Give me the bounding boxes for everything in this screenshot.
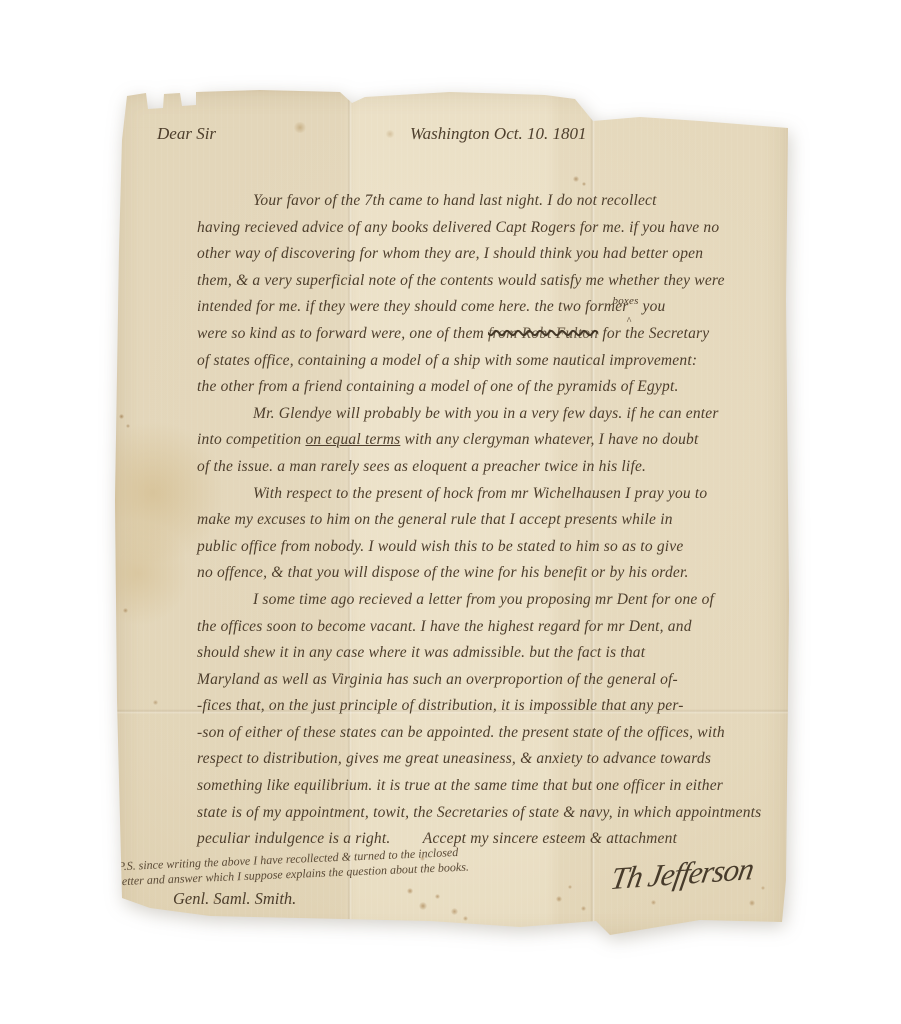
addressee: Genl. Saml. Smith. bbox=[173, 889, 296, 909]
letter-line: other way of discovering for whom they a… bbox=[197, 241, 789, 268]
letter-dateline: Washington Oct. 10. 1801 bbox=[410, 124, 586, 144]
stain-spot bbox=[749, 900, 755, 906]
stain-spot bbox=[435, 894, 440, 899]
line-segment: into competition bbox=[197, 431, 305, 448]
letter-line: the other from a friend containing a mod… bbox=[197, 374, 789, 401]
stain-spot bbox=[761, 886, 765, 890]
letter-body: Your favor of the 7th came to hand last … bbox=[197, 188, 789, 853]
stain-spot bbox=[385, 130, 395, 138]
stain-spot bbox=[573, 176, 579, 182]
stain-spot bbox=[568, 885, 572, 889]
inserted-word: boxes bbox=[613, 296, 639, 307]
letter-line: were so kind as to forward were, one of … bbox=[197, 321, 789, 348]
letter-line: Mr. Glendye will probably be with you in… bbox=[197, 401, 789, 428]
letter-line: make my excuses to him on the general ru… bbox=[197, 507, 789, 534]
letter-line: Your favor of the 7th came to hand last … bbox=[197, 188, 789, 215]
letter-line: intended for me. if they were they shoul… bbox=[197, 294, 789, 321]
letter-line: Maryland as well as Virginia has such an… bbox=[197, 667, 789, 694]
letter-line: public office from nobody. I would wish … bbox=[197, 534, 789, 561]
letter-line: them, & a very superficial note of the c… bbox=[197, 268, 789, 295]
letter-line: of states office, containing a model of … bbox=[197, 348, 789, 375]
stain-spot bbox=[556, 896, 562, 902]
scanned-letter-page: Dear Sir Washington Oct. 10. 1801 Your f… bbox=[0, 0, 901, 1024]
letter-sheet-wrapper: Dear Sir Washington Oct. 10. 1801 Your f… bbox=[113, 88, 791, 940]
letter-line: -fices that, on the just principle of di… bbox=[197, 693, 789, 720]
caret-icon: ^ bbox=[627, 317, 631, 327]
letter-line: -son of either of these states can be ap… bbox=[197, 720, 789, 747]
stain-spot bbox=[419, 902, 427, 910]
stain-spot bbox=[581, 906, 586, 911]
line-segment: were so kind as to forward were, one of … bbox=[197, 325, 488, 342]
line-segment: intended for me. if they were they shoul… bbox=[197, 298, 629, 315]
letter-line: should shew it in any case where it was … bbox=[197, 640, 789, 667]
stain-spot bbox=[119, 414, 124, 419]
stain-spot bbox=[153, 700, 158, 705]
line-segment: you bbox=[643, 298, 666, 315]
letter-line: I some time ago recieved a letter from y… bbox=[197, 587, 789, 614]
stain-spot bbox=[407, 888, 413, 894]
struck-through-text: from Robt Fulton bbox=[488, 325, 598, 342]
stain-spot bbox=[126, 424, 130, 428]
letter-line: the offices soon to become vacant. I hav… bbox=[197, 614, 789, 641]
underlined-text: on equal terms bbox=[305, 431, 400, 448]
letter-line: having recieved advice of any books deli… bbox=[197, 215, 789, 242]
jefferson-signature: Th Jefferson bbox=[608, 851, 756, 897]
letter-line: something like equilibrium. it is true a… bbox=[197, 773, 789, 800]
line-segment: with any clergyman whatever, I have no d… bbox=[400, 431, 698, 448]
letter-salutation: Dear Sir bbox=[157, 124, 216, 144]
letter-line: of the issue. a man rarely sees as eloqu… bbox=[197, 454, 789, 481]
stain-spot bbox=[463, 916, 468, 921]
letter-line: state is of my appointment, towit, the S… bbox=[197, 800, 789, 827]
letter-line: into competition on equal terms with any… bbox=[197, 427, 789, 454]
stain-spot bbox=[582, 182, 586, 186]
stain-spot bbox=[123, 608, 128, 613]
stain-spot bbox=[293, 122, 307, 133]
letter-line: With respect to the present of hock from… bbox=[197, 481, 789, 508]
stain-spot bbox=[651, 900, 656, 905]
letter-sheet: Dear Sir Washington Oct. 10. 1801 Your f… bbox=[113, 88, 791, 940]
stain-spot bbox=[451, 908, 458, 915]
letter-line: respect to distribution, gives me great … bbox=[197, 746, 789, 773]
letter-line: no offence, & that you will dispose of t… bbox=[197, 560, 789, 587]
stain-spot bbox=[88, 518, 188, 628]
line-segment: for the Secretary bbox=[598, 325, 709, 342]
